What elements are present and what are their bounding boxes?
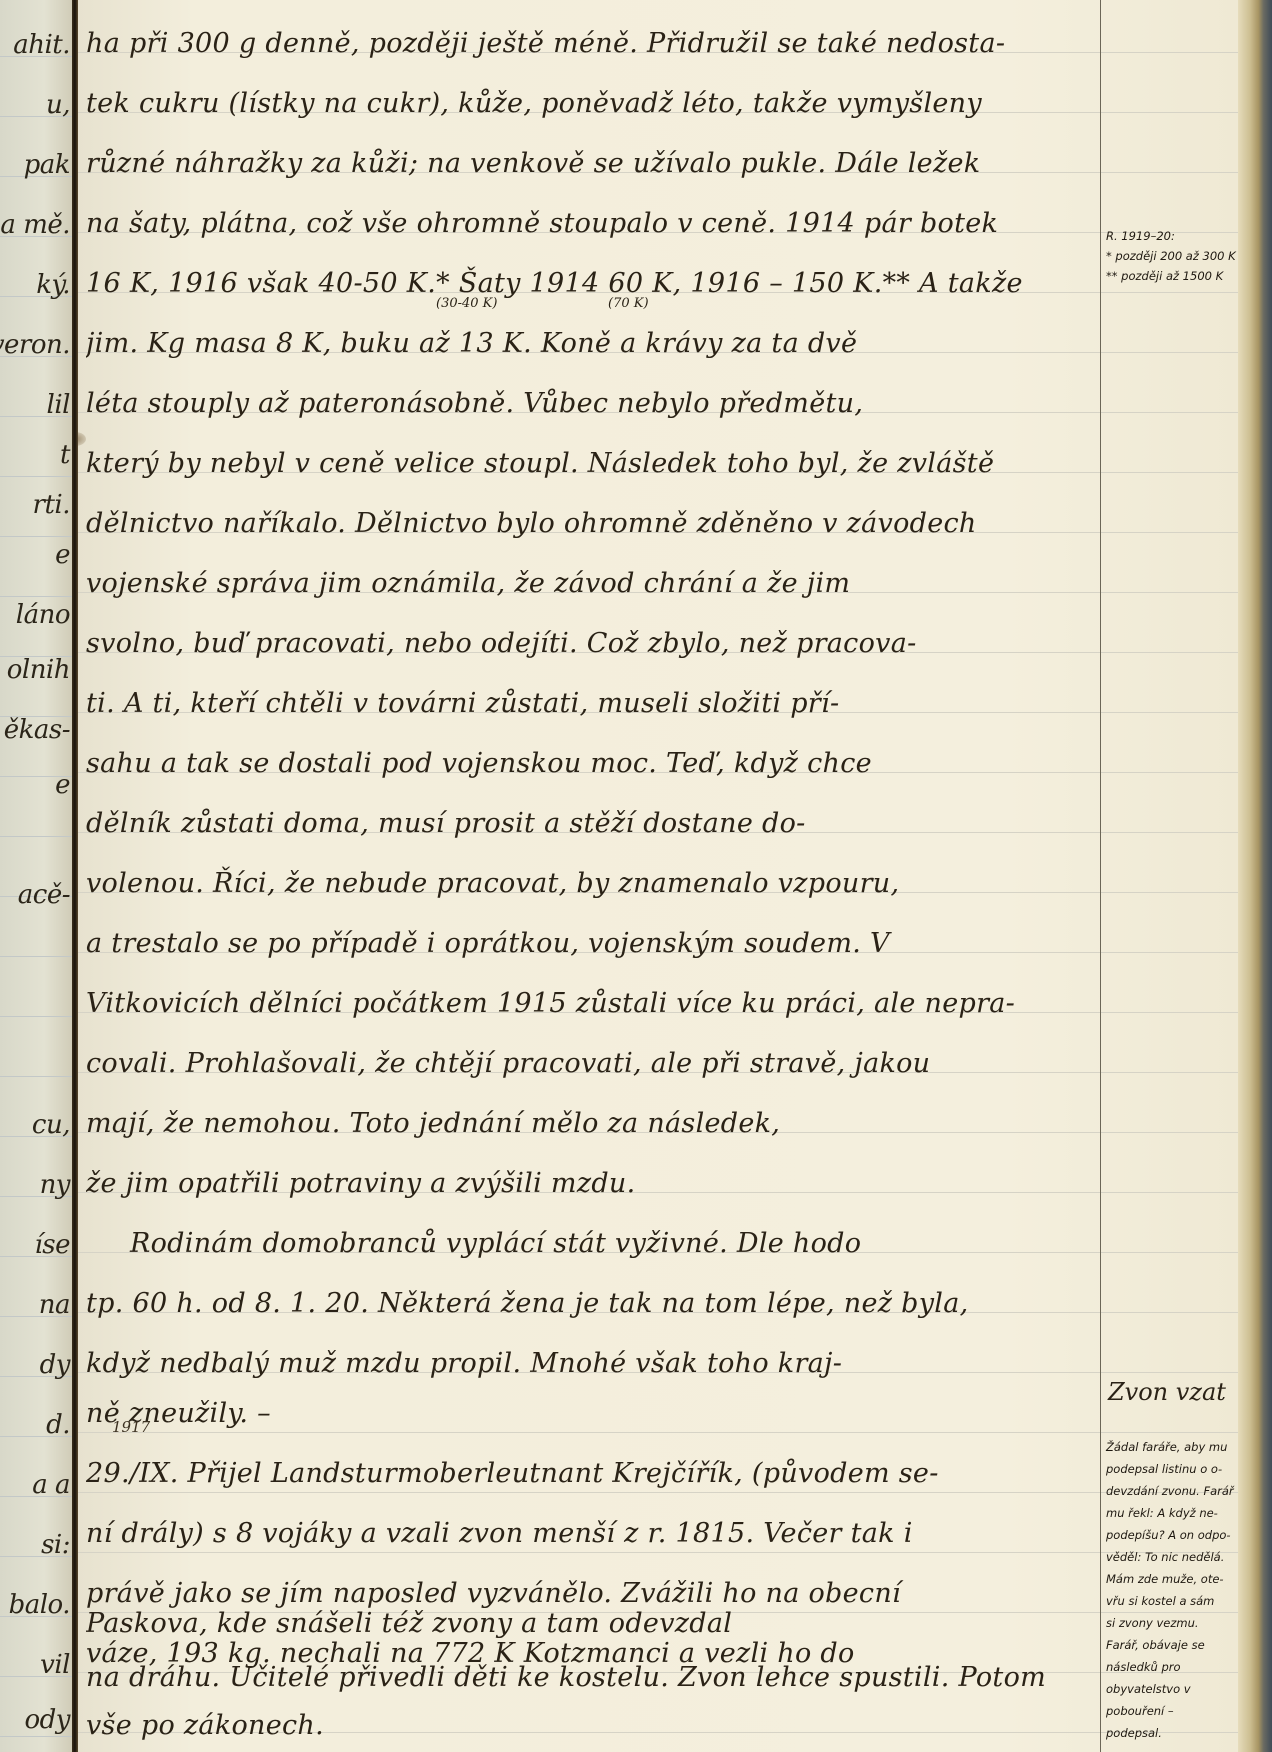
handwritten-line: když nedbalý muž mzdu propil. Mnohé však…	[86, 1338, 1096, 1390]
handwritten-line: ní drály) s 8 vojáky a vzali zvon menší …	[86, 1508, 1096, 1560]
handwritten-line: 29./IX. Přijel Landsturmoberleutnant Kre…	[86, 1448, 1096, 1500]
left-page-word: si:	[41, 1530, 70, 1560]
left-page-word: ody	[25, 1705, 71, 1735]
ruled-line	[0, 536, 74, 537]
handwritten-line: Vitkovicích dělníci počátkem 1915 zůstal…	[86, 978, 1096, 1030]
handwritten-line: ně zneužily. –	[86, 1388, 1096, 1440]
margin-rule	[1100, 0, 1101, 1752]
margin-heading-bell-taken: Zvon vzat	[1108, 1378, 1226, 1406]
margin-note-line: podepíšu? A on odpo-	[1106, 1524, 1238, 1546]
left-page-word: íse	[34, 1230, 70, 1260]
handwritten-line: dělnictvo naříkalo. Dělnictvo bylo ohrom…	[86, 498, 1096, 550]
left-page-word: a a	[32, 1470, 70, 1500]
margin-note-line: podepsal.	[1106, 1722, 1238, 1744]
ruled-line	[0, 476, 74, 477]
handwritten-line: který by nebyl v ceně velice stoupl. Nás…	[86, 438, 1096, 490]
handwritten-line: tp. 60 h. od 8. 1. 20. Některá žena je t…	[86, 1278, 1096, 1330]
handwritten-line: volenou. Říci, že nebude pracovat, by zn…	[86, 858, 1096, 910]
margin-note-line: obyvatelstvo v	[1106, 1678, 1238, 1700]
handwritten-line: svolno, buď pracovati, nebo odejíti. Což…	[86, 618, 1096, 670]
handwritten-line: Rodinám domobranců vyplácí stát vyživné.…	[86, 1218, 1096, 1270]
book-page-edge	[1238, 0, 1272, 1752]
left-page-word: balo.	[9, 1590, 70, 1620]
margin-note-line: podepsal listinu o o-	[1106, 1458, 1238, 1480]
margin-note-line: Mám zde muže, ote-	[1106, 1568, 1238, 1590]
handwritten-line: jim. Kg masa 8 K, buku až 13 K. Koně a k…	[86, 318, 1096, 370]
handwritten-line: a trestalo se po případě i oprátkou, voj…	[86, 918, 1096, 970]
handwritten-line: ti. A ti, kteří chtěli v továrni zůstati…	[86, 678, 1096, 730]
left-page-word: lil	[47, 390, 70, 420]
handwritten-line: léta stouply až pateronásobně. Vůbec neb…	[86, 378, 1096, 430]
margin-note-line: devzdání zvonu. Farář	[1106, 1480, 1238, 1502]
main-text-last-line: vše po zákonech.	[86, 1700, 1096, 1752]
left-page-word: vil	[40, 1650, 70, 1680]
left-page-word: rti.	[33, 490, 70, 520]
handwritten-line: tek cukru (lístky na cukr), kůže, poněva…	[86, 78, 1096, 130]
left-page-fragment: ahit.u,paka mě.ký.veron.liltrti.elánooln…	[0, 0, 74, 1752]
left-page-word: acě-	[18, 880, 70, 910]
margin-note-line: věděl: To nic nedělá.	[1106, 1546, 1238, 1568]
left-page-word: e	[55, 770, 70, 800]
handwritten-line: covali. Prohlašovali, že chtějí pracovat…	[86, 1038, 1096, 1090]
margin-note-line: si zvony vezmu.	[1106, 1612, 1238, 1634]
margin-note-line: následků pro	[1106, 1656, 1238, 1678]
handwritten-line: sahu a tak se dostali pod vojenskou moc.…	[86, 738, 1096, 790]
left-page-word: e	[55, 540, 70, 570]
left-page-word: olnih	[7, 655, 70, 685]
right-page: ha při 300 g denně, později ještě méně. …	[78, 0, 1238, 1752]
margin-note-line: pobouření –	[1106, 1700, 1238, 1722]
left-page-word: a mě.	[0, 210, 70, 240]
handwritten-line: různé náhražky za kůži; na venkově se už…	[86, 138, 1096, 190]
margin-note-line: vřu si kostel a sám	[1106, 1590, 1238, 1612]
handwritten-line: ha při 300 g denně, později ještě méně. …	[86, 18, 1096, 70]
handwritten-line: na dráhu. Učitelé přivedli děti ke koste…	[86, 1652, 1096, 1704]
ink-stain	[78, 432, 86, 446]
margin-note-bell-requisition: Žádal faráře, aby mupodepsal listinu o o…	[1106, 1436, 1238, 1744]
margin-note-line: R. 1919–20:	[1106, 226, 1238, 246]
margin-note-line: * později 200 až 300 K	[1106, 246, 1238, 266]
left-page-word: d.	[46, 1410, 70, 1440]
margin-note-line: ** později až 1500 K	[1106, 266, 1238, 286]
margin-note-line: Farář, obávaje se	[1106, 1634, 1238, 1656]
ruled-line	[0, 836, 74, 837]
left-page-word: veron.	[0, 330, 70, 360]
handwritten-line: vojenské správa jim oznámila, že závod c…	[86, 558, 1096, 610]
left-page-word: pak	[24, 150, 70, 180]
handwritten-line: na šaty, plátna, což vše ohromně stoupal…	[86, 198, 1096, 250]
margin-note-line: Žádal faráře, aby mu	[1106, 1436, 1238, 1458]
ruled-line	[0, 596, 74, 597]
ruled-line	[0, 1076, 74, 1077]
left-page-word: cu,	[32, 1110, 70, 1140]
ruled-line	[0, 1736, 74, 1737]
ruled-line	[0, 1016, 74, 1017]
superscript-price-note: (30-40 K)	[436, 296, 497, 311]
year-annotation: 1917	[112, 1418, 150, 1436]
left-page-word: na	[39, 1290, 70, 1320]
left-page-word: u,	[46, 90, 70, 120]
ruled-line	[0, 956, 74, 957]
handwritten-line: dělník zůstati doma, musí prosit a stěží…	[86, 798, 1096, 850]
left-page-word: ký.	[36, 270, 70, 300]
handwritten-line: že jim opatřili potraviny a zvýšili mzdu…	[86, 1158, 1096, 1210]
left-page-word: ny	[40, 1170, 70, 1200]
left-page-word: t	[60, 440, 70, 470]
left-page-word: dy	[40, 1350, 70, 1380]
left-page-word: ahit.	[13, 30, 70, 60]
margin-note-line: mu řekl: A když ne-	[1106, 1502, 1238, 1524]
left-page-word: láno	[16, 600, 70, 630]
left-page-word: ěkas-	[4, 715, 70, 745]
handwritten-line: mají, že nemohou. Toto jednání mělo za n…	[86, 1098, 1096, 1150]
superscript-price-note: (70 K)	[608, 296, 649, 311]
scanned-chronicle-page: ahit.u,paka mě.ký.veron.liltrti.elánooln…	[0, 0, 1272, 1752]
margin-note-prices: R. 1919–20:* později 200 až 300 K** pozd…	[1106, 226, 1238, 286]
handwritten-line: 16 K, 1916 však 40-50 K.* Šaty 1914 60 K…	[86, 258, 1096, 310]
handwritten-line: Paskova, kde snášeli též zvony a tam ode…	[86, 1598, 1096, 1650]
